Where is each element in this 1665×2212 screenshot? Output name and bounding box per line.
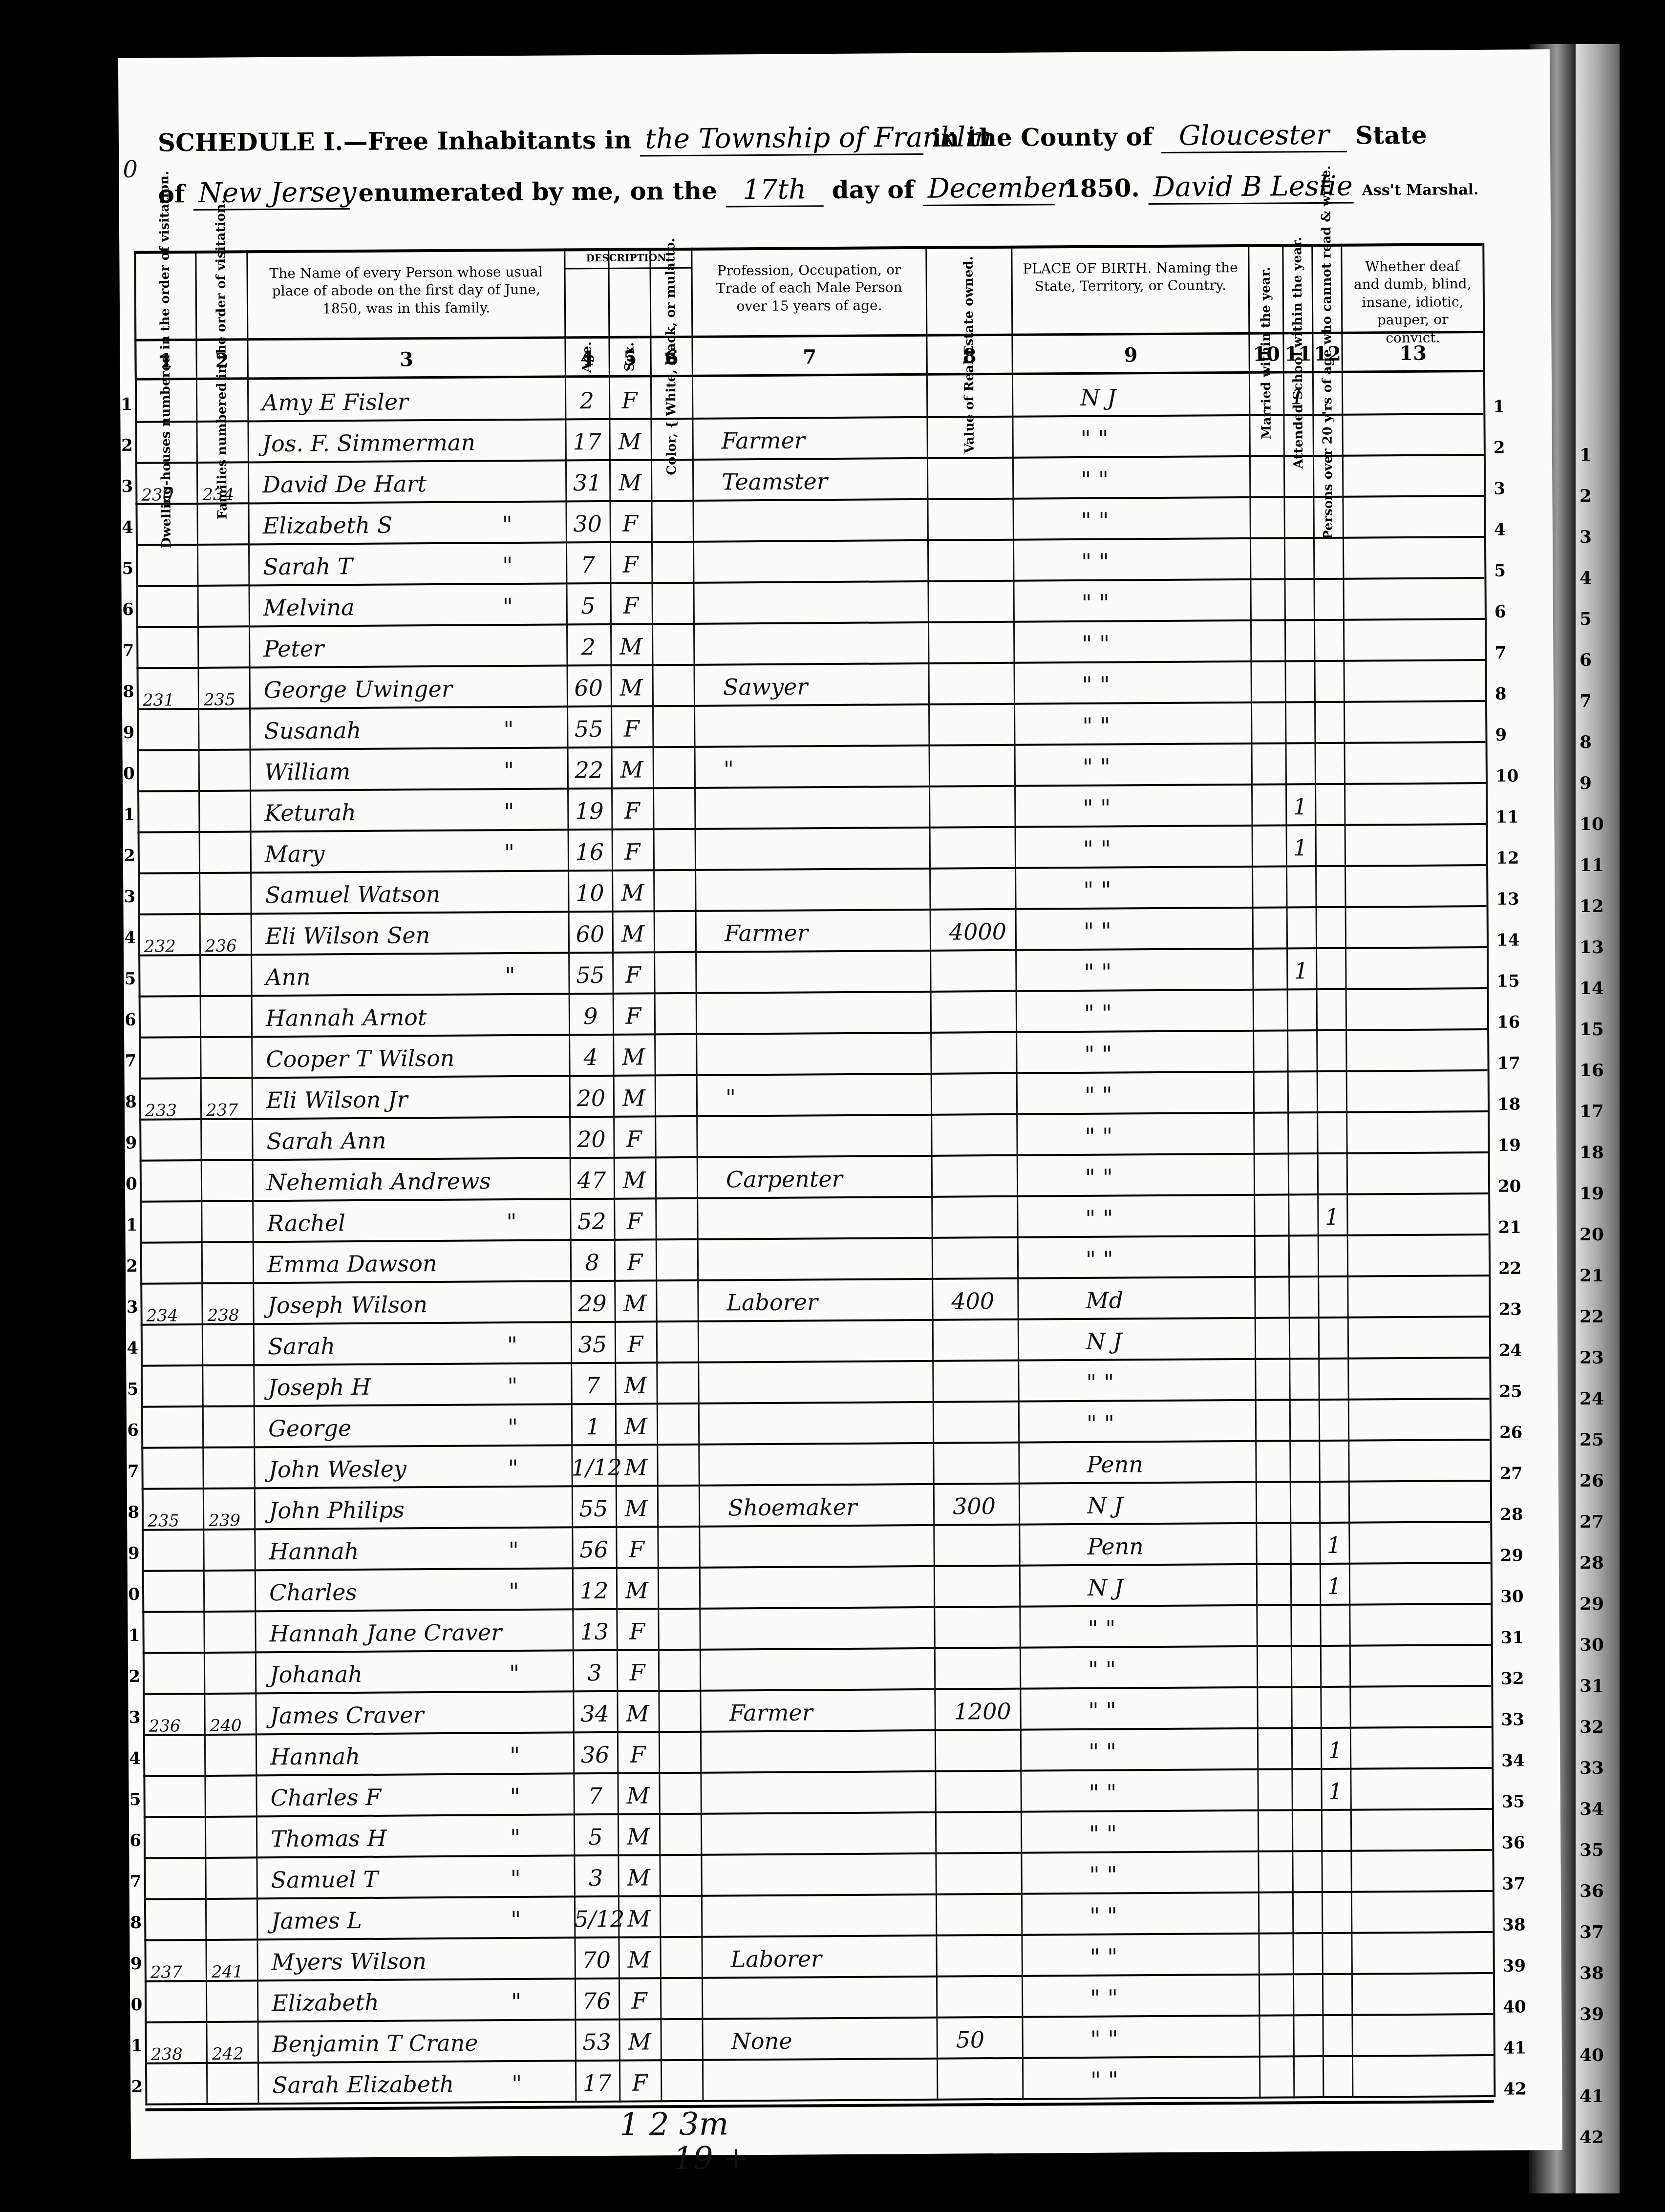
line-number: 8 xyxy=(110,682,134,702)
column-number: 10 xyxy=(1250,341,1282,367)
line-number-right: 12 xyxy=(1496,849,1519,868)
day-field: 17th xyxy=(726,173,823,207)
illiterate-mark xyxy=(1315,789,1344,824)
column-header-13: Whether deaf and dumb, blind, insane, id… xyxy=(1341,243,1483,371)
ditto-mark: " xyxy=(504,794,514,829)
ditto-mark: " xyxy=(505,958,515,993)
age: 7 xyxy=(571,1368,615,1404)
married-mark xyxy=(1251,748,1285,783)
age: 70 xyxy=(574,1942,618,1978)
birthplace: N J xyxy=(1080,380,1116,415)
birthplace: " " xyxy=(1083,749,1110,785)
sex: F xyxy=(610,547,651,582)
school-mark xyxy=(1290,1610,1320,1645)
school-mark xyxy=(1285,666,1314,701)
ruler-number: 38 xyxy=(1580,1963,1604,1983)
line-number-right: 13 xyxy=(1496,890,1519,909)
state-label: State xyxy=(1355,121,1427,150)
married-mark xyxy=(1259,2020,1293,2055)
ruler-number: 34 xyxy=(1580,1799,1604,1819)
line-number: 29 xyxy=(115,1544,139,1563)
ruler-number: 14 xyxy=(1580,978,1604,999)
married-mark xyxy=(1255,1446,1289,1481)
line-number: 12 xyxy=(111,846,135,866)
birthplace: " " xyxy=(1084,914,1111,949)
married-mark xyxy=(1253,1035,1287,1070)
age: 20 xyxy=(569,1081,613,1116)
age: 7 xyxy=(566,547,610,583)
line-number-right: 24 xyxy=(1499,1340,1522,1360)
married-mark xyxy=(1253,1117,1287,1152)
sex: M xyxy=(610,629,652,664)
birthplace: " " xyxy=(1088,1652,1116,1687)
line-number: 3 xyxy=(108,477,133,496)
line-number: 21 xyxy=(113,1215,137,1235)
line-number-right: 18 xyxy=(1497,1094,1521,1114)
ruler-number: 41 xyxy=(1580,2086,1604,2106)
ditto-mark: " xyxy=(511,1984,522,2019)
enumeration-line: of New Jersey enumerated by me, on the 1… xyxy=(158,169,1589,211)
illiterate-mark xyxy=(1316,912,1345,947)
ruler-number: 1 xyxy=(1580,445,1592,465)
illiterate-mark xyxy=(1314,707,1344,742)
birthplace: " " xyxy=(1089,1857,1117,1893)
sex: F xyxy=(615,1326,656,1362)
age: 3 xyxy=(573,1655,617,1691)
sex: F xyxy=(616,1531,657,1567)
occupation: Farmer xyxy=(721,423,805,458)
real-estate-value: 4000 xyxy=(949,914,1007,950)
school-mark xyxy=(1292,1856,1321,1891)
person-name: Charles F xyxy=(270,1780,381,1815)
person-name: Emma Dawson xyxy=(267,1246,437,1282)
sex: F xyxy=(613,998,654,1034)
line-number: 34 xyxy=(116,1749,141,1768)
birthplace: " " xyxy=(1084,996,1112,1031)
ruler-number: 29 xyxy=(1580,1594,1604,1614)
person-name: Eli Wilson Jr xyxy=(266,1082,408,1118)
school-mark xyxy=(1286,912,1316,947)
illiterate-mark xyxy=(1314,666,1344,701)
birthplace: " " xyxy=(1084,1037,1112,1072)
sex: F xyxy=(611,711,652,746)
birthplace: " " xyxy=(1089,1775,1116,1810)
ruler-number: 7 xyxy=(1580,691,1592,711)
line-number-right: 39 xyxy=(1503,1956,1526,1976)
school-mark xyxy=(1290,1487,1319,1522)
sex: M xyxy=(614,1285,656,1321)
ditto-mark: " xyxy=(506,1204,517,1239)
line-number-right: 20 xyxy=(1498,1176,1521,1196)
married-mark xyxy=(1252,871,1286,906)
ruler-number: 21 xyxy=(1580,1265,1604,1286)
ditto-mark: " xyxy=(510,1779,520,1814)
person-name: William xyxy=(264,754,351,789)
school-mark: 1 xyxy=(1286,830,1315,865)
school-mark xyxy=(1286,871,1315,906)
line-number: 35 xyxy=(117,1790,141,1809)
married-mark xyxy=(1256,1569,1290,1604)
birthplace: Penn xyxy=(1087,1529,1144,1564)
sex: M xyxy=(618,1901,660,1936)
ruler-number: 27 xyxy=(1580,1511,1604,1532)
line-number-right: 16 xyxy=(1497,1012,1520,1032)
line-number-right: 36 xyxy=(1502,1833,1525,1852)
illiterate-mark xyxy=(1322,1938,1351,1973)
school-mark xyxy=(1293,2061,1323,2096)
school-mark xyxy=(1292,1897,1322,1932)
illiterate-mark xyxy=(1315,748,1344,783)
ditto-mark: " xyxy=(508,1450,518,1486)
married-mark xyxy=(1250,584,1284,619)
school-mark xyxy=(1292,1938,1322,1973)
illiterate-mark xyxy=(1323,2061,1352,2096)
ruler-number: 31 xyxy=(1580,1676,1604,1696)
column-header-1: Dwelling-houses numbered in the order of… xyxy=(134,251,196,378)
birthplace: " " xyxy=(1088,1611,1115,1646)
illiterate-mark xyxy=(1322,1897,1351,1932)
age: 55 xyxy=(567,711,611,747)
person-name: Benjamin T Crane xyxy=(272,2025,478,2062)
age: 19 xyxy=(567,793,611,829)
real-estate-value: 300 xyxy=(953,1489,996,1524)
column-header-8: Value of Real Estate owned.8 xyxy=(925,246,1012,373)
ditto-mark: " xyxy=(511,1902,521,1937)
line-number-right: 41 xyxy=(1503,2038,1527,2058)
married-mark xyxy=(1257,1651,1291,1686)
school-mark xyxy=(1285,707,1314,742)
married-mark xyxy=(1255,1322,1289,1358)
birthplace: " " xyxy=(1081,503,1109,538)
person-name: Hannah Jane Craver xyxy=(269,1615,502,1651)
ruler-number: 13 xyxy=(1580,937,1604,957)
birthplace: " " xyxy=(1084,955,1111,990)
person-name: Samuel T xyxy=(271,1862,378,1897)
person-name: Joseph Wilson xyxy=(267,1287,427,1323)
ruler-number: 40 xyxy=(1580,2045,1604,2065)
illiterate-mark xyxy=(1322,2020,1351,2055)
sex: F xyxy=(614,1244,656,1280)
ditto-mark: " xyxy=(502,507,513,542)
age: 47 xyxy=(570,1163,614,1198)
school-mark xyxy=(1283,461,1313,496)
illiterate-mark: 1 xyxy=(1317,1199,1346,1234)
married-mark xyxy=(1258,1897,1292,1932)
line-number-right: 33 xyxy=(1501,1710,1525,1729)
column-number: 5 xyxy=(610,345,650,371)
illiterate-mark xyxy=(1320,1610,1349,1645)
birthplace: " " xyxy=(1080,421,1108,456)
birthplace: " " xyxy=(1089,1939,1117,1975)
school-mark xyxy=(1284,625,1314,660)
age: 5 xyxy=(574,1819,618,1855)
person-name: Samuel Watson xyxy=(265,876,440,913)
day-of-label: day of xyxy=(832,175,915,204)
column-number: 1 xyxy=(136,348,196,374)
ruler-number: 36 xyxy=(1580,1881,1604,1901)
school-mark xyxy=(1284,543,1313,578)
age: 8 xyxy=(570,1245,614,1280)
line-number: 1 xyxy=(108,395,132,414)
line-number-right: 10 xyxy=(1495,766,1519,786)
person-name: Hannah Arnot xyxy=(266,1000,427,1036)
married-mark xyxy=(1252,912,1286,947)
sex: F xyxy=(612,834,653,870)
school-mark xyxy=(1292,1815,1321,1850)
occupation: Farmer xyxy=(729,1695,812,1730)
school-mark xyxy=(1284,584,1314,619)
ruler-number: 20 xyxy=(1580,1224,1604,1245)
ditto-mark: " xyxy=(508,1532,519,1568)
person-name: Elizabeth S xyxy=(263,508,393,544)
illiterate-mark xyxy=(1312,379,1342,414)
line-number: 36 xyxy=(117,1831,141,1850)
school-mark xyxy=(1287,994,1316,1029)
person-name: Mary xyxy=(265,836,325,872)
line-number-right: 34 xyxy=(1501,1751,1525,1770)
line-number-right: 2 xyxy=(1494,438,1505,458)
person-name: Charles xyxy=(269,1574,357,1610)
married-mark xyxy=(1255,1363,1289,1399)
illiterate-mark xyxy=(1319,1404,1348,1440)
married-mark xyxy=(1249,502,1283,537)
sex: F xyxy=(610,588,652,623)
person-name: Ann xyxy=(265,959,311,995)
description-group-header: DESCRIPTION. xyxy=(564,252,691,270)
school-mark xyxy=(1288,1199,1317,1234)
line-number-right: 6 xyxy=(1494,602,1506,622)
birthplace: Penn xyxy=(1087,1446,1143,1482)
person-name: Eli Wilson Sen xyxy=(265,917,430,954)
column-number: 3 xyxy=(249,346,565,373)
illiterate-mark xyxy=(1317,1117,1346,1152)
married-mark xyxy=(1257,1774,1291,1809)
ruler-number: 16 xyxy=(1580,1060,1604,1081)
column-header-2: Families numbered in the order of visita… xyxy=(195,250,247,378)
illiterate-mark xyxy=(1318,1322,1347,1358)
ditto-mark: " xyxy=(510,1820,521,1855)
occupation: Laborer xyxy=(726,1284,818,1320)
ruler-number: 23 xyxy=(1580,1347,1604,1368)
ruler-number: 37 xyxy=(1580,1922,1604,1942)
school-mark xyxy=(1288,1240,1318,1276)
occupation: Sawyer xyxy=(723,669,808,704)
ruler-number: 33 xyxy=(1580,1758,1604,1778)
ruler-number: 19 xyxy=(1580,1183,1604,1204)
line-number: 9 xyxy=(110,723,134,743)
birthplace: " " xyxy=(1089,1816,1117,1851)
married-mark xyxy=(1250,543,1284,578)
line-number: 30 xyxy=(115,1585,140,1604)
line-number: 23 xyxy=(113,1297,138,1317)
person-name: Nehemiah Andrews xyxy=(267,1163,491,1200)
occupation: Teamster xyxy=(722,464,828,499)
school-mark xyxy=(1288,1158,1317,1193)
ditto-mark: " xyxy=(512,2066,522,2101)
schedule-label: SCHEDULE I.—Free Inhabitants in xyxy=(158,126,632,157)
age: 10 xyxy=(568,875,612,911)
person-name: Sarah Ann xyxy=(266,1123,386,1159)
line-number: 4 xyxy=(109,518,133,537)
ditto-mark: " xyxy=(507,1327,518,1362)
age: 3 xyxy=(574,1860,618,1896)
line-number-right: 11 xyxy=(1495,808,1519,827)
married-mark xyxy=(1259,1979,1293,2014)
line-number-right: 37 xyxy=(1502,1874,1526,1893)
sex: M xyxy=(612,916,654,952)
married-mark xyxy=(1249,461,1283,496)
tally-line-1: 1 2 3m xyxy=(619,2106,729,2143)
married-mark xyxy=(1249,420,1283,455)
sex: F xyxy=(613,1121,655,1157)
column-number: 7 xyxy=(693,344,926,371)
column-header-11: Attended School within the year.11 xyxy=(1282,244,1312,371)
line-number-right: 7 xyxy=(1494,643,1506,663)
birthplace: " " xyxy=(1082,585,1110,620)
school-mark xyxy=(1293,2020,1322,2055)
ruler-number: 8 xyxy=(1580,732,1592,752)
person-name: James Craver xyxy=(270,1697,424,1733)
sex: M xyxy=(609,424,650,459)
illiterate-mark xyxy=(1318,1281,1347,1317)
married-mark xyxy=(1253,994,1287,1029)
line-number: 37 xyxy=(117,1872,142,1892)
person-name: Sarah xyxy=(268,1328,335,1364)
birthplace: " " xyxy=(1081,462,1109,497)
school-mark xyxy=(1293,1979,1322,2014)
sex: M xyxy=(611,752,653,787)
ditto-mark: " xyxy=(509,1656,520,1691)
person-name: Hannah xyxy=(270,1739,360,1774)
married-mark xyxy=(1254,1281,1288,1317)
birthplace: " " xyxy=(1090,1980,1118,2016)
sex: F xyxy=(609,383,650,418)
person-name: Rachel xyxy=(267,1205,345,1241)
month-field: December xyxy=(923,172,1055,206)
age: 16 xyxy=(568,834,612,870)
line-number-right: 21 xyxy=(1498,1217,1521,1237)
birthplace: " " xyxy=(1086,1242,1113,1277)
married-mark xyxy=(1249,379,1283,414)
school-mark xyxy=(1291,1651,1320,1686)
school-mark xyxy=(1283,502,1313,537)
line-number: 14 xyxy=(111,928,136,948)
sex: M xyxy=(613,1039,654,1075)
person-name: Elizabeth xyxy=(272,1985,379,2021)
column-number: 4 xyxy=(566,346,609,372)
ruler-number: 25 xyxy=(1580,1429,1604,1450)
sex: M xyxy=(618,1942,660,1978)
sex: M xyxy=(612,875,653,911)
line-number-right: 15 xyxy=(1496,971,1520,991)
illiterate-mark: 1 xyxy=(1321,1733,1350,1768)
sex: M xyxy=(614,1162,655,1198)
birthplace: N J xyxy=(1086,1323,1122,1359)
ditto-mark: " xyxy=(504,753,514,788)
person-name: Hannah xyxy=(269,1533,359,1569)
illiterate-mark xyxy=(1313,543,1343,578)
line-number-right: 42 xyxy=(1503,2079,1527,2099)
sex: F xyxy=(617,1737,659,1772)
column-header-label: The Name of every Person whose usual pla… xyxy=(248,248,564,318)
school-mark xyxy=(1291,1733,1321,1768)
person-name: Sarah Elizabeth xyxy=(272,2066,454,2103)
age: 76 xyxy=(575,1983,619,2019)
illiterate-mark xyxy=(1317,1158,1346,1193)
married-mark xyxy=(1254,1199,1288,1234)
illiterate-mark xyxy=(1313,461,1342,496)
illiterate-mark xyxy=(1315,871,1345,906)
sex: M xyxy=(609,465,651,500)
census-page: 0 SCHEDULE I.—Free Inhabitants in the To… xyxy=(118,49,1562,2159)
person-name: Cooper T Wilson xyxy=(266,1041,454,1077)
line-number: 10 xyxy=(110,764,135,784)
age: 1 xyxy=(571,1409,615,1445)
birthplace: " " xyxy=(1088,1693,1116,1728)
ditto-mark: " xyxy=(503,712,514,747)
married-mark xyxy=(1254,1240,1288,1276)
ditto-mark: " xyxy=(502,548,513,583)
line-number-right: 26 xyxy=(1499,1423,1523,1442)
year-label: 1850. xyxy=(1063,173,1140,203)
birthplace: N J xyxy=(1088,1570,1124,1605)
illiterate-mark xyxy=(1318,1363,1347,1399)
school-mark xyxy=(1287,1076,1317,1111)
ruler-number: 18 xyxy=(1580,1142,1604,1163)
illiterate-mark: 1 xyxy=(1321,1774,1350,1809)
column-header-label: Profession, Occupation, or Trade of each… xyxy=(692,246,926,316)
person-name: Susanah xyxy=(264,713,361,748)
line-number: 42 xyxy=(118,2077,143,2097)
line-number-right: 31 xyxy=(1501,1628,1524,1647)
ditto-mark: " xyxy=(507,1368,518,1404)
occupation: Shoemaker xyxy=(728,1489,857,1526)
ruler-number: 12 xyxy=(1580,896,1604,916)
age: 17 xyxy=(565,424,609,460)
illiterate-mark xyxy=(1314,625,1343,660)
line-number-right: 27 xyxy=(1500,1464,1523,1483)
illiterate-mark: 1 xyxy=(1320,1569,1349,1604)
sex: M xyxy=(615,1367,656,1403)
table-row: 4242Sarah Elizabeth"17F" " xyxy=(145,2056,1494,2106)
line-number-right: 32 xyxy=(1501,1669,1524,1688)
line-number-right: 9 xyxy=(1495,725,1507,745)
illiterate-mark xyxy=(1313,502,1342,537)
occupation: None xyxy=(731,2023,792,2059)
school-mark xyxy=(1291,1774,1321,1809)
ruler-number: 32 xyxy=(1580,1717,1604,1737)
illiterate-mark xyxy=(1316,1035,1345,1070)
ruler-number: 3 xyxy=(1580,527,1592,547)
column-number: 13 xyxy=(1343,340,1483,367)
illiterate-mark xyxy=(1320,1651,1349,1686)
person-name: Melvina xyxy=(263,590,355,625)
column-header-7: Profession, Occupation, or Trade of each… xyxy=(691,246,926,375)
line-number: 5 xyxy=(109,559,133,578)
sex: M xyxy=(615,1449,657,1485)
illiterate-mark xyxy=(1314,584,1343,619)
illiterate-mark xyxy=(1321,1815,1350,1850)
married-mark xyxy=(1257,1692,1291,1727)
line-number: 6 xyxy=(109,600,134,619)
person-name: Amy E Fisler xyxy=(262,384,408,420)
ruler-number: 17 xyxy=(1580,1101,1604,1122)
school-mark xyxy=(1291,1692,1320,1727)
ruler-number: 42 xyxy=(1580,2127,1604,2148)
enumerated-label: enumerated by me, on the xyxy=(358,176,717,207)
ditto-mark: " xyxy=(509,1574,519,1609)
ruler-number: 15 xyxy=(1580,1019,1604,1040)
